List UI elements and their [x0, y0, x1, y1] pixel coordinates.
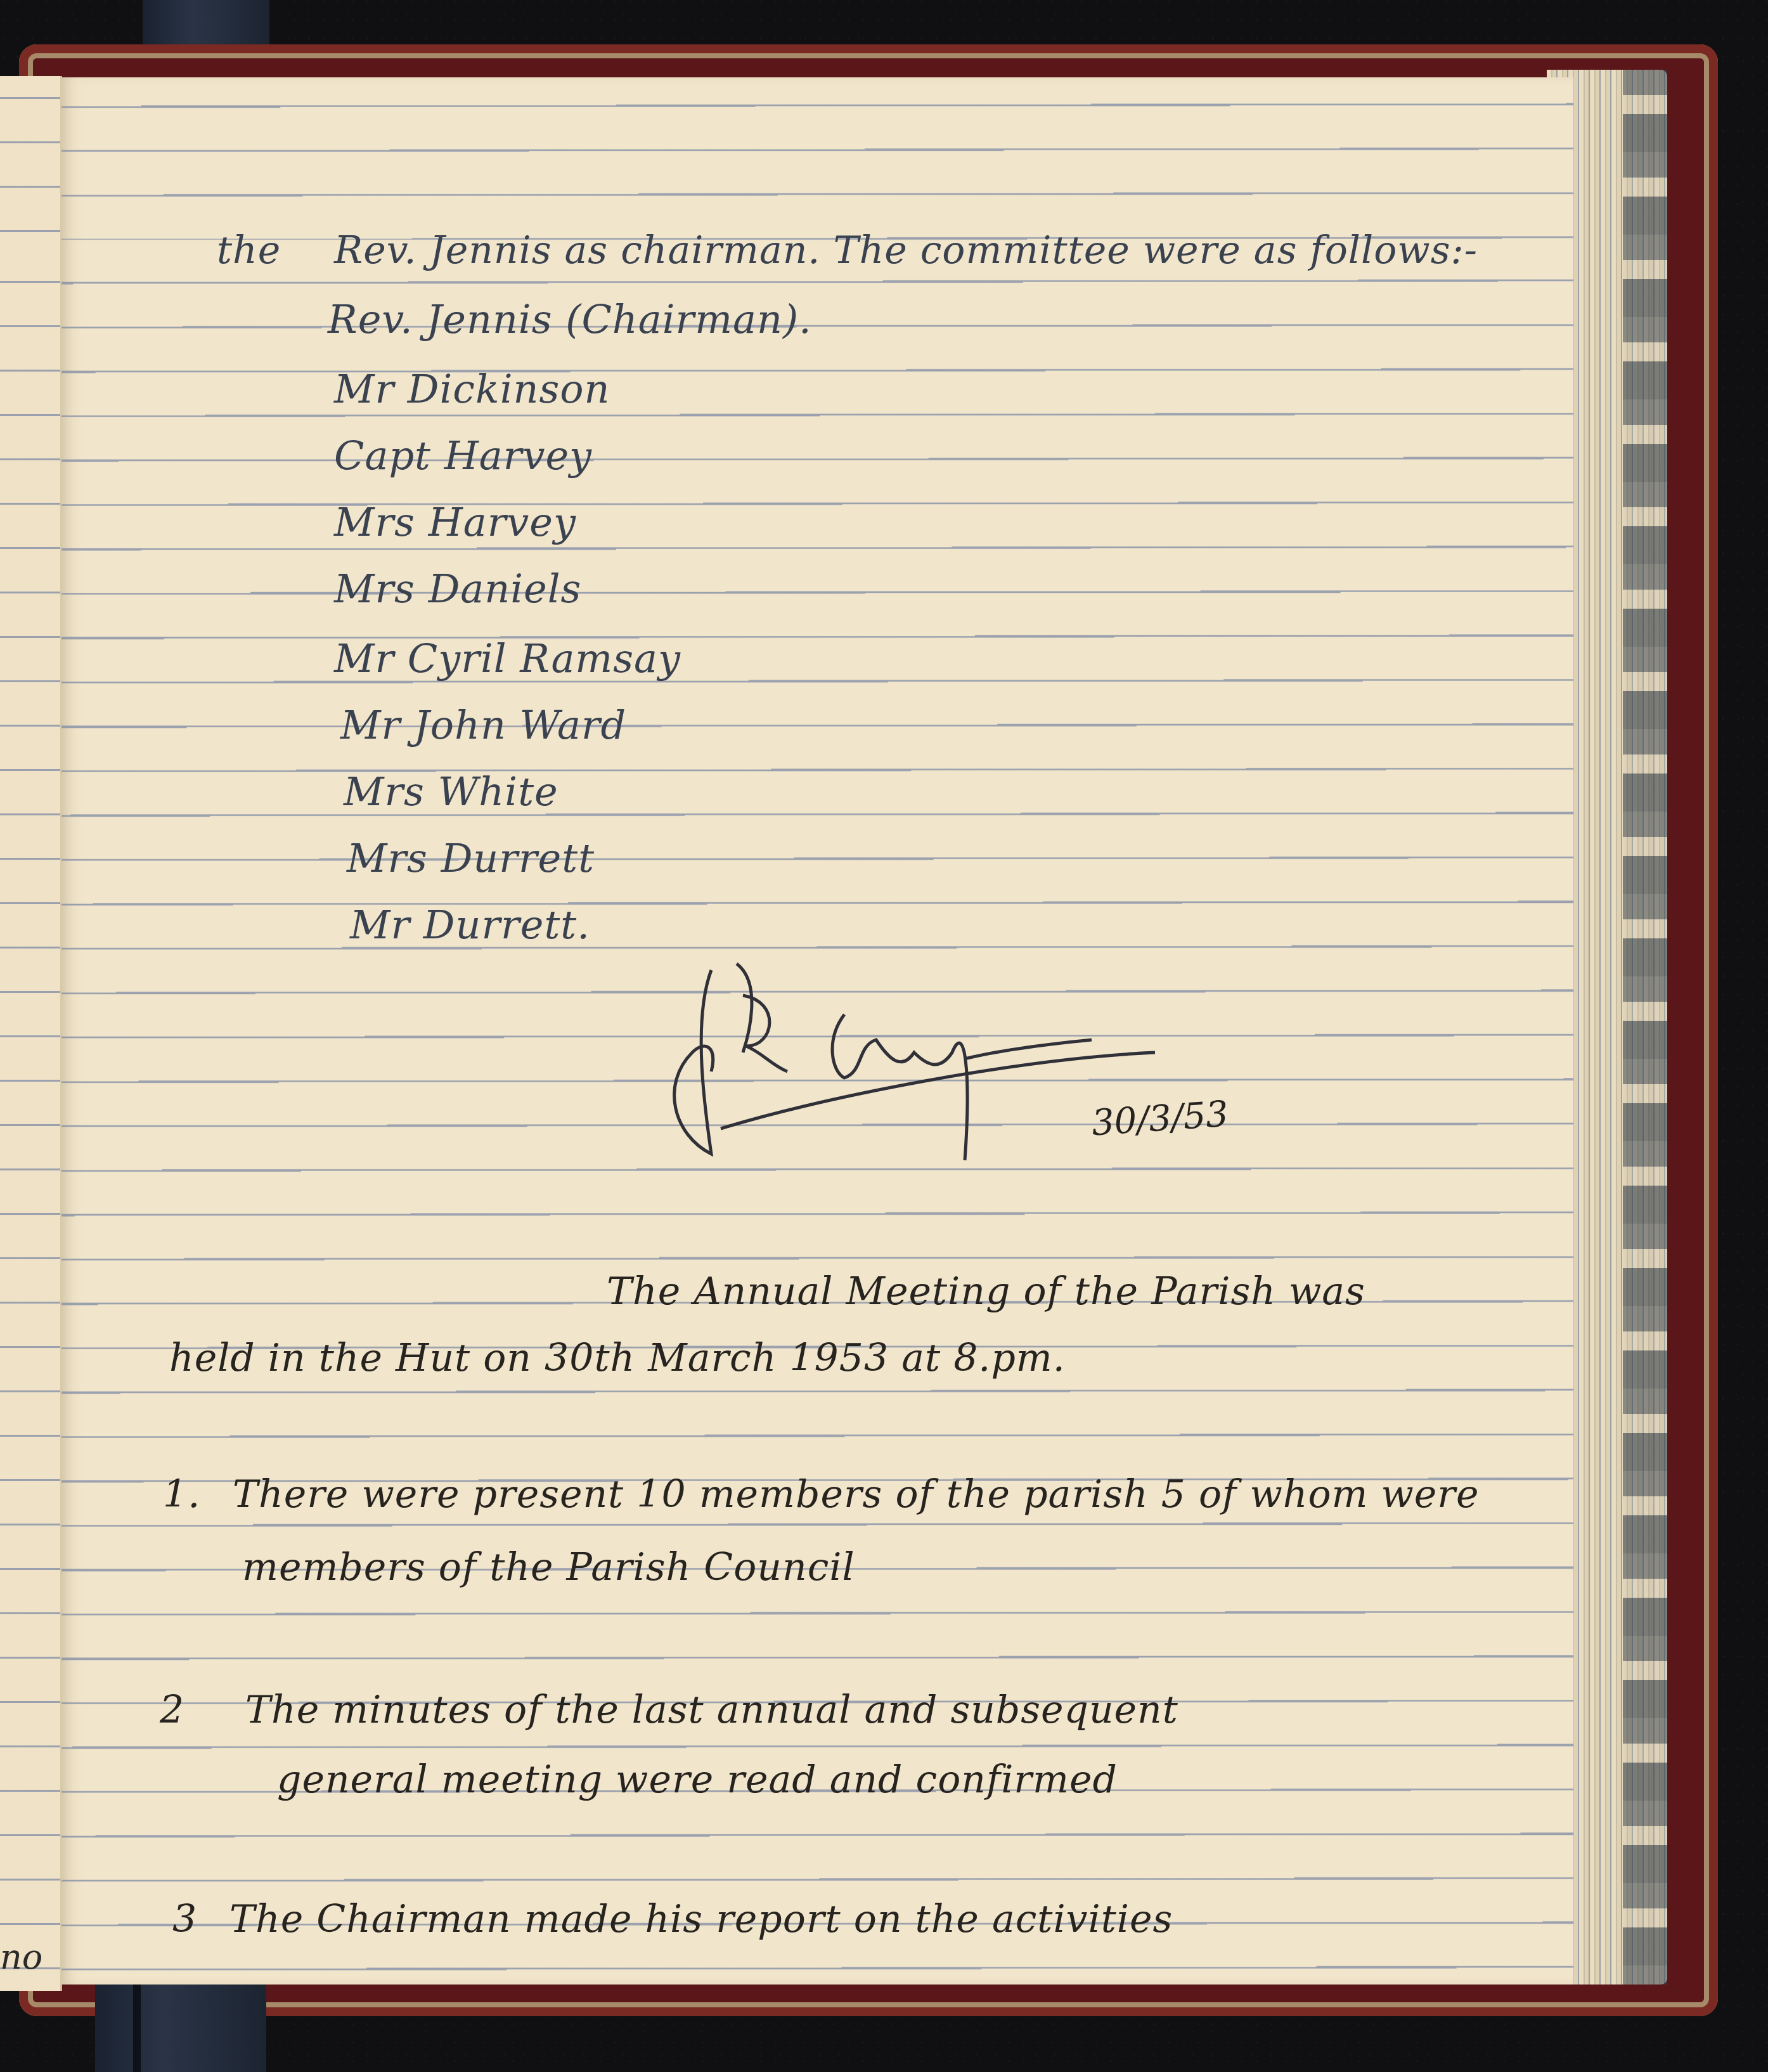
ruled-lines: [0, 76, 60, 1991]
committee-member: Mrs Durrett: [347, 835, 595, 881]
committee-intro: Rev. Jennis as chairman. The committee w…: [334, 228, 1478, 273]
verso-page: no: [0, 76, 62, 1991]
item-number: 3: [172, 1897, 197, 1941]
minute-opening-continued: held in the Hut on 30th March 1953 at 8.…: [169, 1336, 1066, 1380]
committee-member: Mr Dickinson: [334, 366, 610, 412]
committee-member: Mrs Daniels: [334, 566, 581, 612]
minute-opening: The Annual Meeting of the Parish was: [607, 1269, 1365, 1314]
committee-member: Mrs Harvey: [334, 499, 576, 545]
committee-member: Capt Harvey: [334, 432, 592, 479]
committee-member: Mr Cyril Ramsay: [334, 635, 681, 682]
item-number: 2: [160, 1688, 184, 1732]
continuation-prefix: the: [217, 228, 281, 273]
item-text: The Chairman made his report on the acti…: [229, 1897, 1173, 1941]
committee-member: Mrs White: [344, 768, 558, 815]
item-number: 1.: [163, 1472, 200, 1517]
bookmark-ribbon-bottom: [95, 1985, 266, 2072]
recto-page: the Rev. Jennis as chairman. The committ…: [60, 77, 1573, 1985]
item-text: members of the Parish Council: [242, 1545, 855, 1590]
item-text: general meeting were read and confirmed: [277, 1758, 1118, 1802]
committee-member: Rev. Jennis (Chairman).: [328, 296, 812, 342]
verso-text-fragment: no: [0, 1937, 42, 1977]
committee-member: Mr Durrett.: [350, 902, 590, 948]
item-text: The minutes of the last annual and subse…: [245, 1688, 1178, 1732]
item-text: There were present 10 members of the par…: [233, 1472, 1480, 1517]
committee-member: Mr John Ward: [340, 702, 626, 748]
